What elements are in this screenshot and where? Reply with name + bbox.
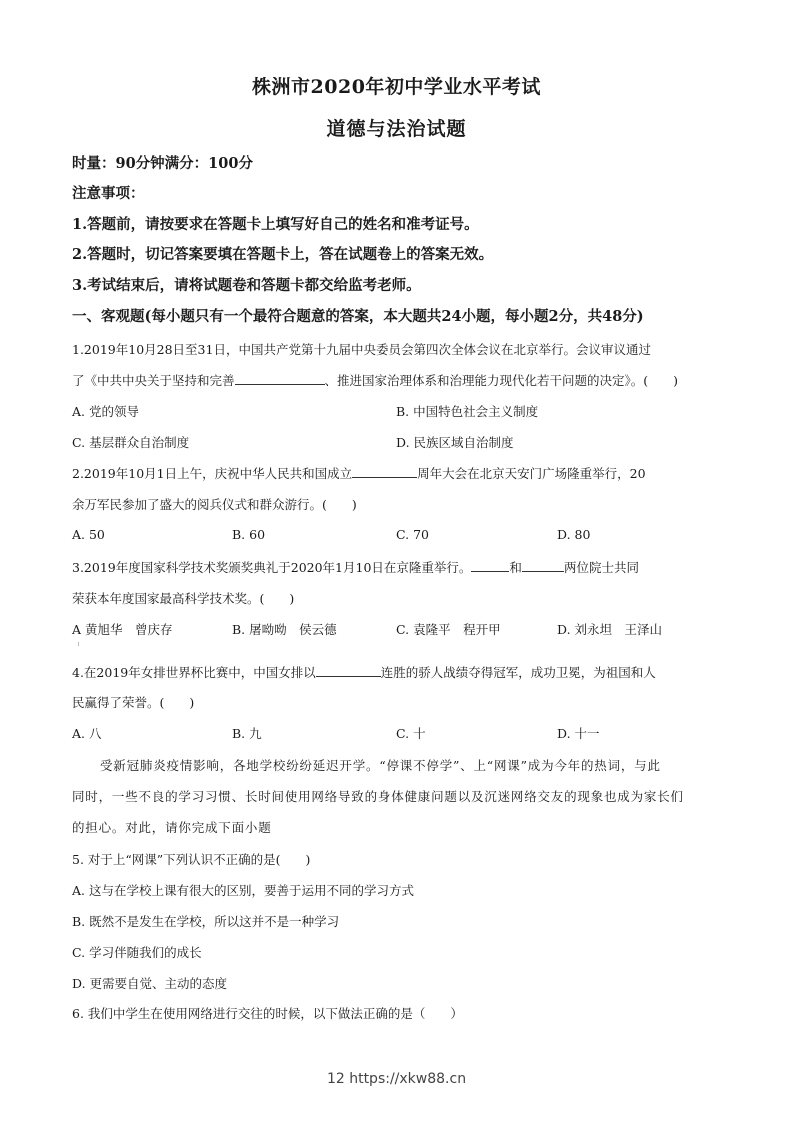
option-d: D. 十一 — [557, 724, 600, 742]
question-4-line-2: 民赢得了荣誉。( ) — [72, 693, 194, 711]
passage-line-2: 同时，一些不良的学习习惯、长时间使用网络导致的身体健康问题以及沉迷网络交友的现象… — [72, 787, 684, 805]
question-4-text-pre: 4.在2019年女排世界杯比赛中，中国女排以 — [72, 665, 316, 680]
question-1-line-2: 了《中共中央关于坚持和完善、推进国家治理体系和治理能力现代化若干问题的决定》。(… — [72, 371, 678, 389]
notice-item: 3.考试结束后，请将试题卷和答题卡都交给监考老师。 — [72, 274, 421, 295]
question-2-text-post: 周年大会在北京天安门广场隆重举行，20 — [417, 466, 645, 481]
option-b: B. 九 — [232, 724, 262, 742]
option-a: A. 党的领导 — [72, 402, 139, 420]
page-footer: 12 https://xkw88.cn — [0, 1071, 793, 1087]
answer-blank — [316, 664, 381, 677]
option-c: C. 学习伴随我们的成长 — [72, 943, 202, 961]
passage-line-1: 受新冠肺炎疫情影响，各地学校纷纷延迟开学。“停课不停学”、上“网课”成为今年的热… — [100, 756, 661, 774]
option-c: C. 基层群众自治制度 — [72, 433, 189, 451]
notice-heading: 注意事项： — [72, 182, 145, 203]
question-3-text-mid: 和 — [509, 560, 522, 575]
question-2-text-pre: 2.2019年10月1日上午，庆祝中华人民共和国成立 — [72, 466, 352, 481]
option-d: D. 80 — [557, 527, 590, 542]
option-c: C. 袁隆平 程开甲 — [396, 620, 501, 638]
option-b: B. 既然不是发生在学校，所以这并不是一种学习 — [72, 912, 339, 930]
question-5-stem: 5. 对于上“网课”下列认识不正确的是( ) — [72, 850, 310, 868]
question-6-stem: 6. 我们中学生在使用网络进行交往的时候，以下做法正确的是（ ） — [72, 1004, 463, 1022]
passage-line-3: 的担心。对此，请你完成下面小题 — [72, 818, 272, 836]
question-3-line-2: 荣获本年度国家最高科学技术奖。( ) — [72, 589, 294, 607]
question-4-line-1: 4.在2019年女排世界杯比赛中，中国女排以连胜的骄人战绩夺得冠军，成功卫冕，为… — [72, 663, 656, 681]
answer-blank — [471, 559, 509, 572]
answer-blank — [352, 465, 417, 478]
option-a: A. 八 — [72, 724, 101, 742]
question-3-line-1: 3.2019年度国家科学技术奖颁奖典礼于2020年1月10日在京隆重举行。和两位… — [72, 558, 639, 576]
question-2-line-1: 2.2019年10月1日上午，庆祝中华人民共和国成立周年大会在北京天安门广场隆重… — [72, 464, 646, 482]
question-1-text-pre: 了《中共中央关于坚持和完善 — [72, 373, 235, 388]
notice-item: 2.答题时，切记答案要填在答题卡上，答在试题卷上的答案无效。 — [72, 243, 493, 264]
option-a: A. 50 — [72, 527, 105, 542]
option-a: A. 这与在学校上课有很大的区别，要善于运用不同的学习方式 — [72, 881, 414, 899]
notice-item: 1.答题前，请按要求在答题卡上填写好自己的姓名和准考证号。 — [72, 213, 479, 234]
option-c: C. 70 — [396, 527, 429, 542]
option-b: B. 中国特色社会主义制度 — [396, 402, 538, 420]
option-b: B. 屠呦呦 侯云德 — [232, 620, 337, 638]
exam-meta: 时量：90分钟满分：100分 — [72, 152, 253, 173]
stray-mark — [78, 642, 79, 646]
option-a: A 黄旭华 曾庆存 — [72, 620, 173, 638]
option-b: B. 60 — [232, 527, 265, 542]
question-4-text-post: 连胜的骄人战绩夺得冠军，成功卫冕，为祖国和人 — [381, 665, 656, 680]
question-1-line-1: 1.2019年10月28日至31日，中国共产党第十九届中央委员会第四次全体会议在… — [72, 340, 651, 358]
section-heading: 一、客观题(每小题只有一个最符合题意的答案，本大题共24小题，每小题2分，共48… — [72, 305, 644, 326]
question-2-line-2: 余万军民参加了盛大的阅兵仪式和群众游行。( ) — [72, 495, 357, 513]
option-d: D. 更需要自觉、主动的态度 — [72, 974, 227, 992]
answer-blank — [235, 372, 325, 385]
exam-subtitle: 道德与法治试题 — [0, 114, 793, 141]
question-1-text-post: 、推进国家治理体系和治理能力现代化若干问题的决定》。( ) — [325, 373, 679, 388]
exam-title: 株洲市2020年初中学业水平考试 — [0, 72, 793, 99]
option-d: D. 刘永坦 王泽山 — [557, 620, 662, 638]
option-c: C. 十 — [396, 724, 426, 742]
answer-blank — [522, 559, 564, 572]
question-3-text-pre: 3.2019年度国家科学技术奖颁奖典礼于2020年1月10日在京隆重举行。 — [72, 560, 471, 575]
option-d: D. 民族区域自治制度 — [396, 433, 514, 451]
question-3-text-post: 两位院士共同 — [564, 560, 639, 575]
